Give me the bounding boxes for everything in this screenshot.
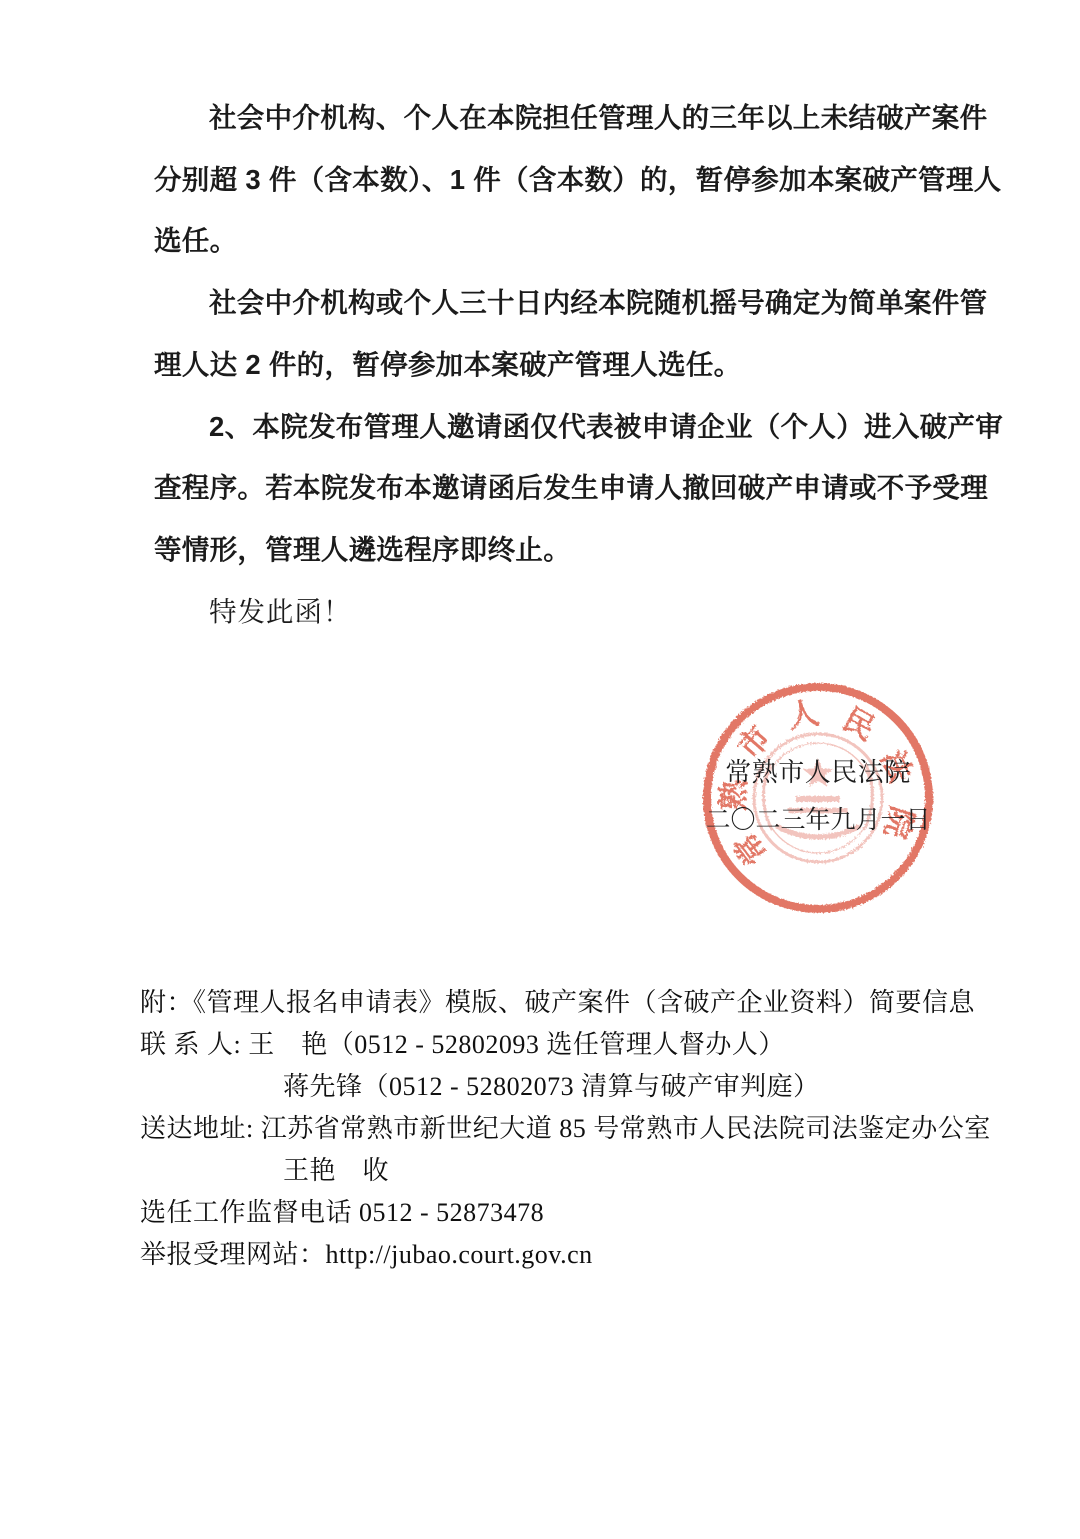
svg-text:人: 人 — [785, 695, 822, 735]
footer-supervision-phone-line: 选任工作监督电话 0512 - 52873478 — [140, 1192, 991, 1234]
body-line: 理人达 2 件的，暂停参加本案破产管理人选任。 — [154, 334, 1000, 396]
body-line: 2、本院发布管理人邀请函仅代表被申请企业（个人）进入破产审 — [154, 396, 1000, 458]
footer-address-line: 送达地址: 江苏省常熟市新世纪大道 85 号常熟市人民法院司法鉴定办公室 — [140, 1108, 991, 1150]
footer-contact-line: 联 系 人: 王 艳（0512 - 52802093 选任管理人督办人） — [140, 1024, 991, 1066]
letter-body: 社会中介机构、个人在本院担任管理人的三年以上未结破产案件 分别超 3 件（含本数… — [154, 87, 1000, 642]
footer-contact-line-2: 蒋先锋（0512 - 52802073 清算与破产审判庭） — [140, 1066, 991, 1108]
body-line: 社会中介机构或个人三十日内经本院随机摇号确定为简单案件管 — [154, 272, 1000, 334]
national-emblem — [754, 734, 882, 862]
official-seal: 常 熟 市 人 民 法 院 — [698, 678, 938, 918]
signature-date: 二〇二三年九月一日 — [658, 806, 978, 836]
body-line: 选任。 — [154, 210, 1000, 272]
footer-report-website-line: 举报受理网站：http://jubao.court.gov.cn — [140, 1234, 991, 1276]
court-letter-page: 社会中介机构、个人在本院担任管理人的三年以上未结破产案件 分别超 3 件（含本数… — [0, 0, 1080, 1539]
body-line: 等情形，管理人遴选程序即终止。 — [154, 519, 1000, 581]
closing-line: 特发此函！ — [154, 581, 1000, 643]
footer-attachment-line: 附：《管理人报名申请表》模版、破产案件（含破产企业资料）简要信息 — [140, 982, 991, 1024]
signature-court-name: 常熟市人民法院 — [658, 758, 978, 788]
body-line: 社会中介机构、个人在本院担任管理人的三年以上未结破产案件 — [154, 87, 1000, 149]
official-seal-graphic: 常 熟 市 人 民 法 院 — [698, 678, 938, 918]
body-line: 查程序。若本院发布本邀请函后发生申请人撤回破产申请或不予受理 — [154, 457, 1000, 519]
letter-footer: 附：《管理人报名申请表》模版、破产案件（含破产企业资料）简要信息 联 系 人: … — [140, 982, 991, 1276]
footer-recipient-line: 王艳 收 — [140, 1150, 991, 1192]
body-line: 分别超 3 件（含本数）、1 件（含本数）的，暂停参加本案破产管理人 — [154, 149, 1000, 211]
